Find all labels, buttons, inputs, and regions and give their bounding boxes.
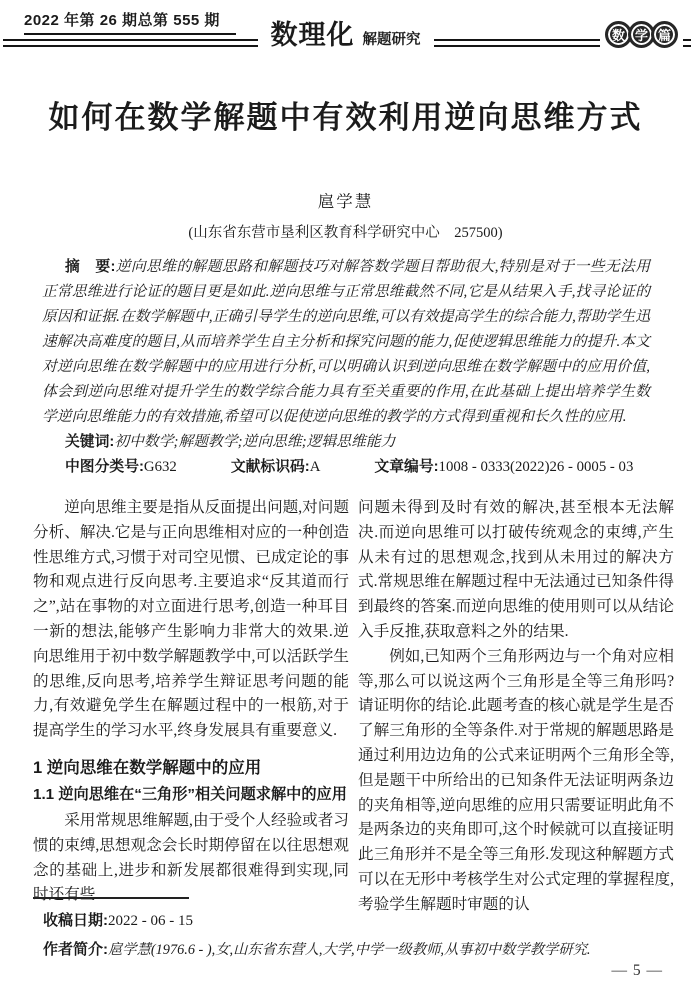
body-paragraph: 采用常规思维解题,由于受个人经验或者习惯的束缚,思想观念会长时期停留在以往思想观… [33, 809, 349, 908]
section-badge-group: 数 学 篇 [600, 21, 683, 48]
doc-code-label: 文献标识码: [231, 459, 310, 475]
article-id-label: 文章编号: [374, 459, 438, 475]
section-heading-1: 1 逆向思维在数学解题中的应用 [33, 754, 349, 778]
section-heading-1-1: 1.1 逆向思维在“三角形”相关问题求解中的应用 [33, 783, 349, 804]
abstract-paragraph: 摘 要:逆向思维的解题思路和解题技巧对解答数学题目帮助很大,特别是对于一些无法用… [42, 255, 650, 430]
footnote-block: 收稿日期:2022 - 06 - 15 作者简介:扈学慧(1976.6 - ),… [33, 897, 678, 961]
clc-value: G632 [144, 459, 177, 475]
article-title: 如何在数学解题中有效利用逆向思维方式 [0, 92, 691, 137]
abstract-text: 逆向思维的解题思路和解题技巧对解答数学题目帮助很大,特别是对于一些无法用正常思维… [42, 259, 650, 425]
article-body: 逆向思维主要是指从反面提出问题,对问题分析、解决.它是与正向思维相对应的一种创造… [33, 496, 674, 918]
keywords-line: 关键词:初中数学;解题教学;逆向思维;逻辑思维能力 [42, 430, 650, 455]
article-id-value: 1008 - 0333(2022)26 - 0005 - 03 [439, 459, 634, 475]
issue-info: 2022 年第 26 期总第 555 期 [24, 9, 236, 35]
masthead-subtitle: 解题研究 [363, 28, 421, 49]
received-date-line: 收稿日期:2022 - 06 - 15 [43, 910, 678, 932]
right-column: 问题未得到及时有效的解决,甚至根本无法解决.而逆向思维可以打破传统观念的束缚,产… [358, 496, 674, 918]
left-column: 逆向思维主要是指从反面提出问题,对问题分析、解决.它是与正向思维相对应的一种创造… [33, 496, 349, 918]
author-bio-line: 作者简介:扈学慧(1976.6 - ),女,山东省东营人,大学,中学一级教师,从… [43, 939, 678, 961]
body-paragraph: 逆向思维主要是指从反面提出问题,对问题分析、解决.它是与正向思维相对应的一种创造… [33, 496, 349, 744]
footnote-divider [33, 897, 189, 899]
keywords-label: 关键词: [65, 434, 114, 450]
clc-label: 中图分类号: [65, 459, 144, 475]
page-header: 2022 年第 26 期总第 555 期 数理化 解题研究 数 学 篇 [0, 6, 691, 56]
received-date-label: 收稿日期: [43, 912, 108, 929]
meta-line: 中图分类号:G632文献标识码:A文章编号:1008 - 0333(2022)2… [42, 455, 650, 480]
body-paragraph: 问题未得到及时有效的解决,甚至根本无法解决.而逆向思维可以打破传统观念的束缚,产… [358, 496, 674, 645]
article-affiliation: (山东省东营市垦利区教育科学研究中心 257500) [0, 221, 691, 242]
journal-masthead: 数理化 解题研究 [258, 13, 434, 55]
badge-icon: 篇 [651, 21, 678, 48]
abstract-label: 摘 要: [65, 259, 115, 275]
body-paragraph: 例如,已知两个三角形两边与一个角对应相等,那么可以说这两个三角形是全等三角形吗?… [358, 645, 674, 918]
author-bio-label: 作者简介: [43, 941, 108, 958]
article-author: 扈学慧 [0, 188, 691, 212]
doc-code-value: A [310, 459, 321, 475]
masthead-title: 数理化 [271, 13, 355, 52]
keywords-text: 初中数学;解题教学;逆向思维;逻辑思维能力 [114, 434, 395, 450]
author-bio-text: 扈学慧(1976.6 - ),女,山东省东营人,大学,中学一级教师,从事初中数学… [108, 942, 591, 958]
abstract-block: 摘 要:逆向思维的解题思路和解题技巧对解答数学题目帮助很大,特别是对于一些无法用… [42, 255, 650, 480]
received-date-value: 2022 - 06 - 15 [108, 913, 193, 929]
page-number: — 5 — [612, 962, 664, 980]
